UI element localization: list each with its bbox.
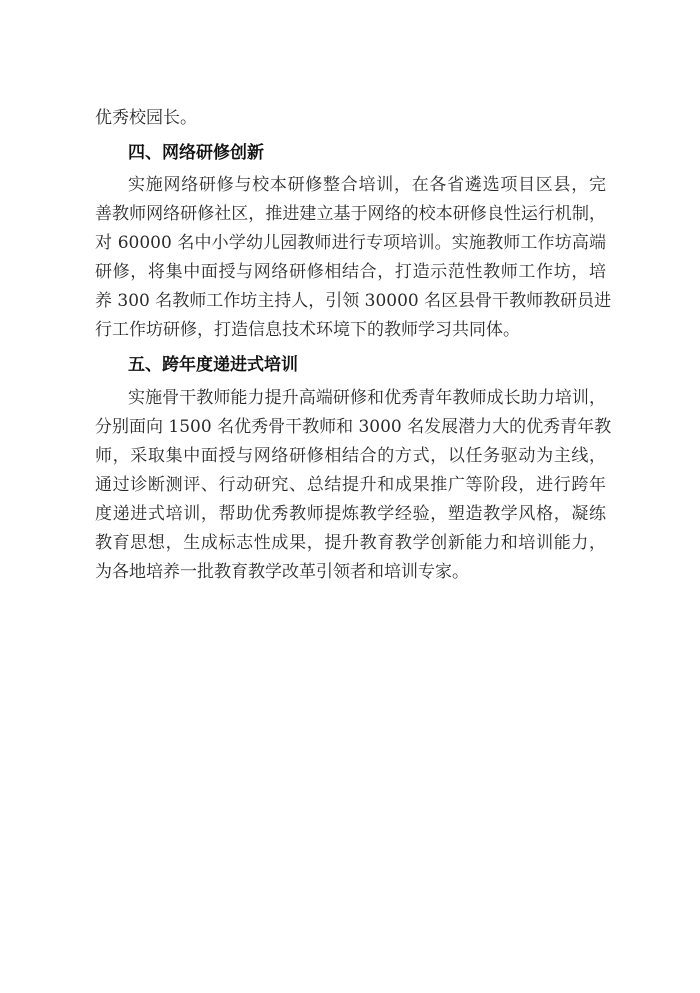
- paragraph-continuation: 优秀校园长。: [95, 106, 606, 130]
- paragraph-line: 实施网络研修与校本研修整合培训，在各省遴选项目区县，完: [128, 173, 606, 197]
- paragraph-line: 通过诊断测评、行动研究、总结提升和成果推广等阶段，进行跨年: [95, 473, 606, 497]
- paragraph-line: 师，采取集中面授与网络研修相结合的方式，以任务驱动为主线，: [95, 444, 606, 468]
- paragraph-line: 研修，将集中面授与网络研修相结合，打造示范性教师工作坊，培: [95, 260, 606, 284]
- paragraph-line: 养 300 名教师工作坊主持人，引领 30000 名区县骨干教师教研员进: [95, 289, 606, 313]
- paragraph-line: 为各地培养一批教育教学改革引领者和培训专家。: [95, 560, 606, 584]
- paragraph-line: 分别面向 1500 名优秀骨干教师和 3000 名发展潜力大的优秀青年教: [95, 415, 606, 439]
- section-heading-5: 五、跨年度递进式培训: [128, 353, 298, 377]
- document-page: 优秀校园长。 四、网络研修创新 实施网络研修与校本研修整合培训，在各省遴选项目区…: [0, 0, 700, 993]
- paragraph-line: 实施骨干教师能力提升高端研修和优秀青年教师成长助力培训，: [128, 386, 606, 410]
- section-heading-4: 四、网络研修创新: [128, 141, 264, 165]
- paragraph-line: 对 60000 名中小学幼儿园教师进行专项培训。实施教师工作坊高端: [95, 231, 606, 255]
- paragraph-line: 教育思想，生成标志性成果，提升教育教学创新能力和培训能力，: [95, 531, 606, 555]
- paragraph-line: 行工作坊研修，打造信息技术环境下的教师学习共同体。: [95, 318, 606, 342]
- paragraph-line: 度递进式培训，帮助优秀教师提炼教学经验，塑造教学风格，凝练: [95, 502, 606, 526]
- paragraph-line: 善教师网络研修社区，推进建立基于网络的校本研修良性运行机制，: [95, 202, 606, 226]
